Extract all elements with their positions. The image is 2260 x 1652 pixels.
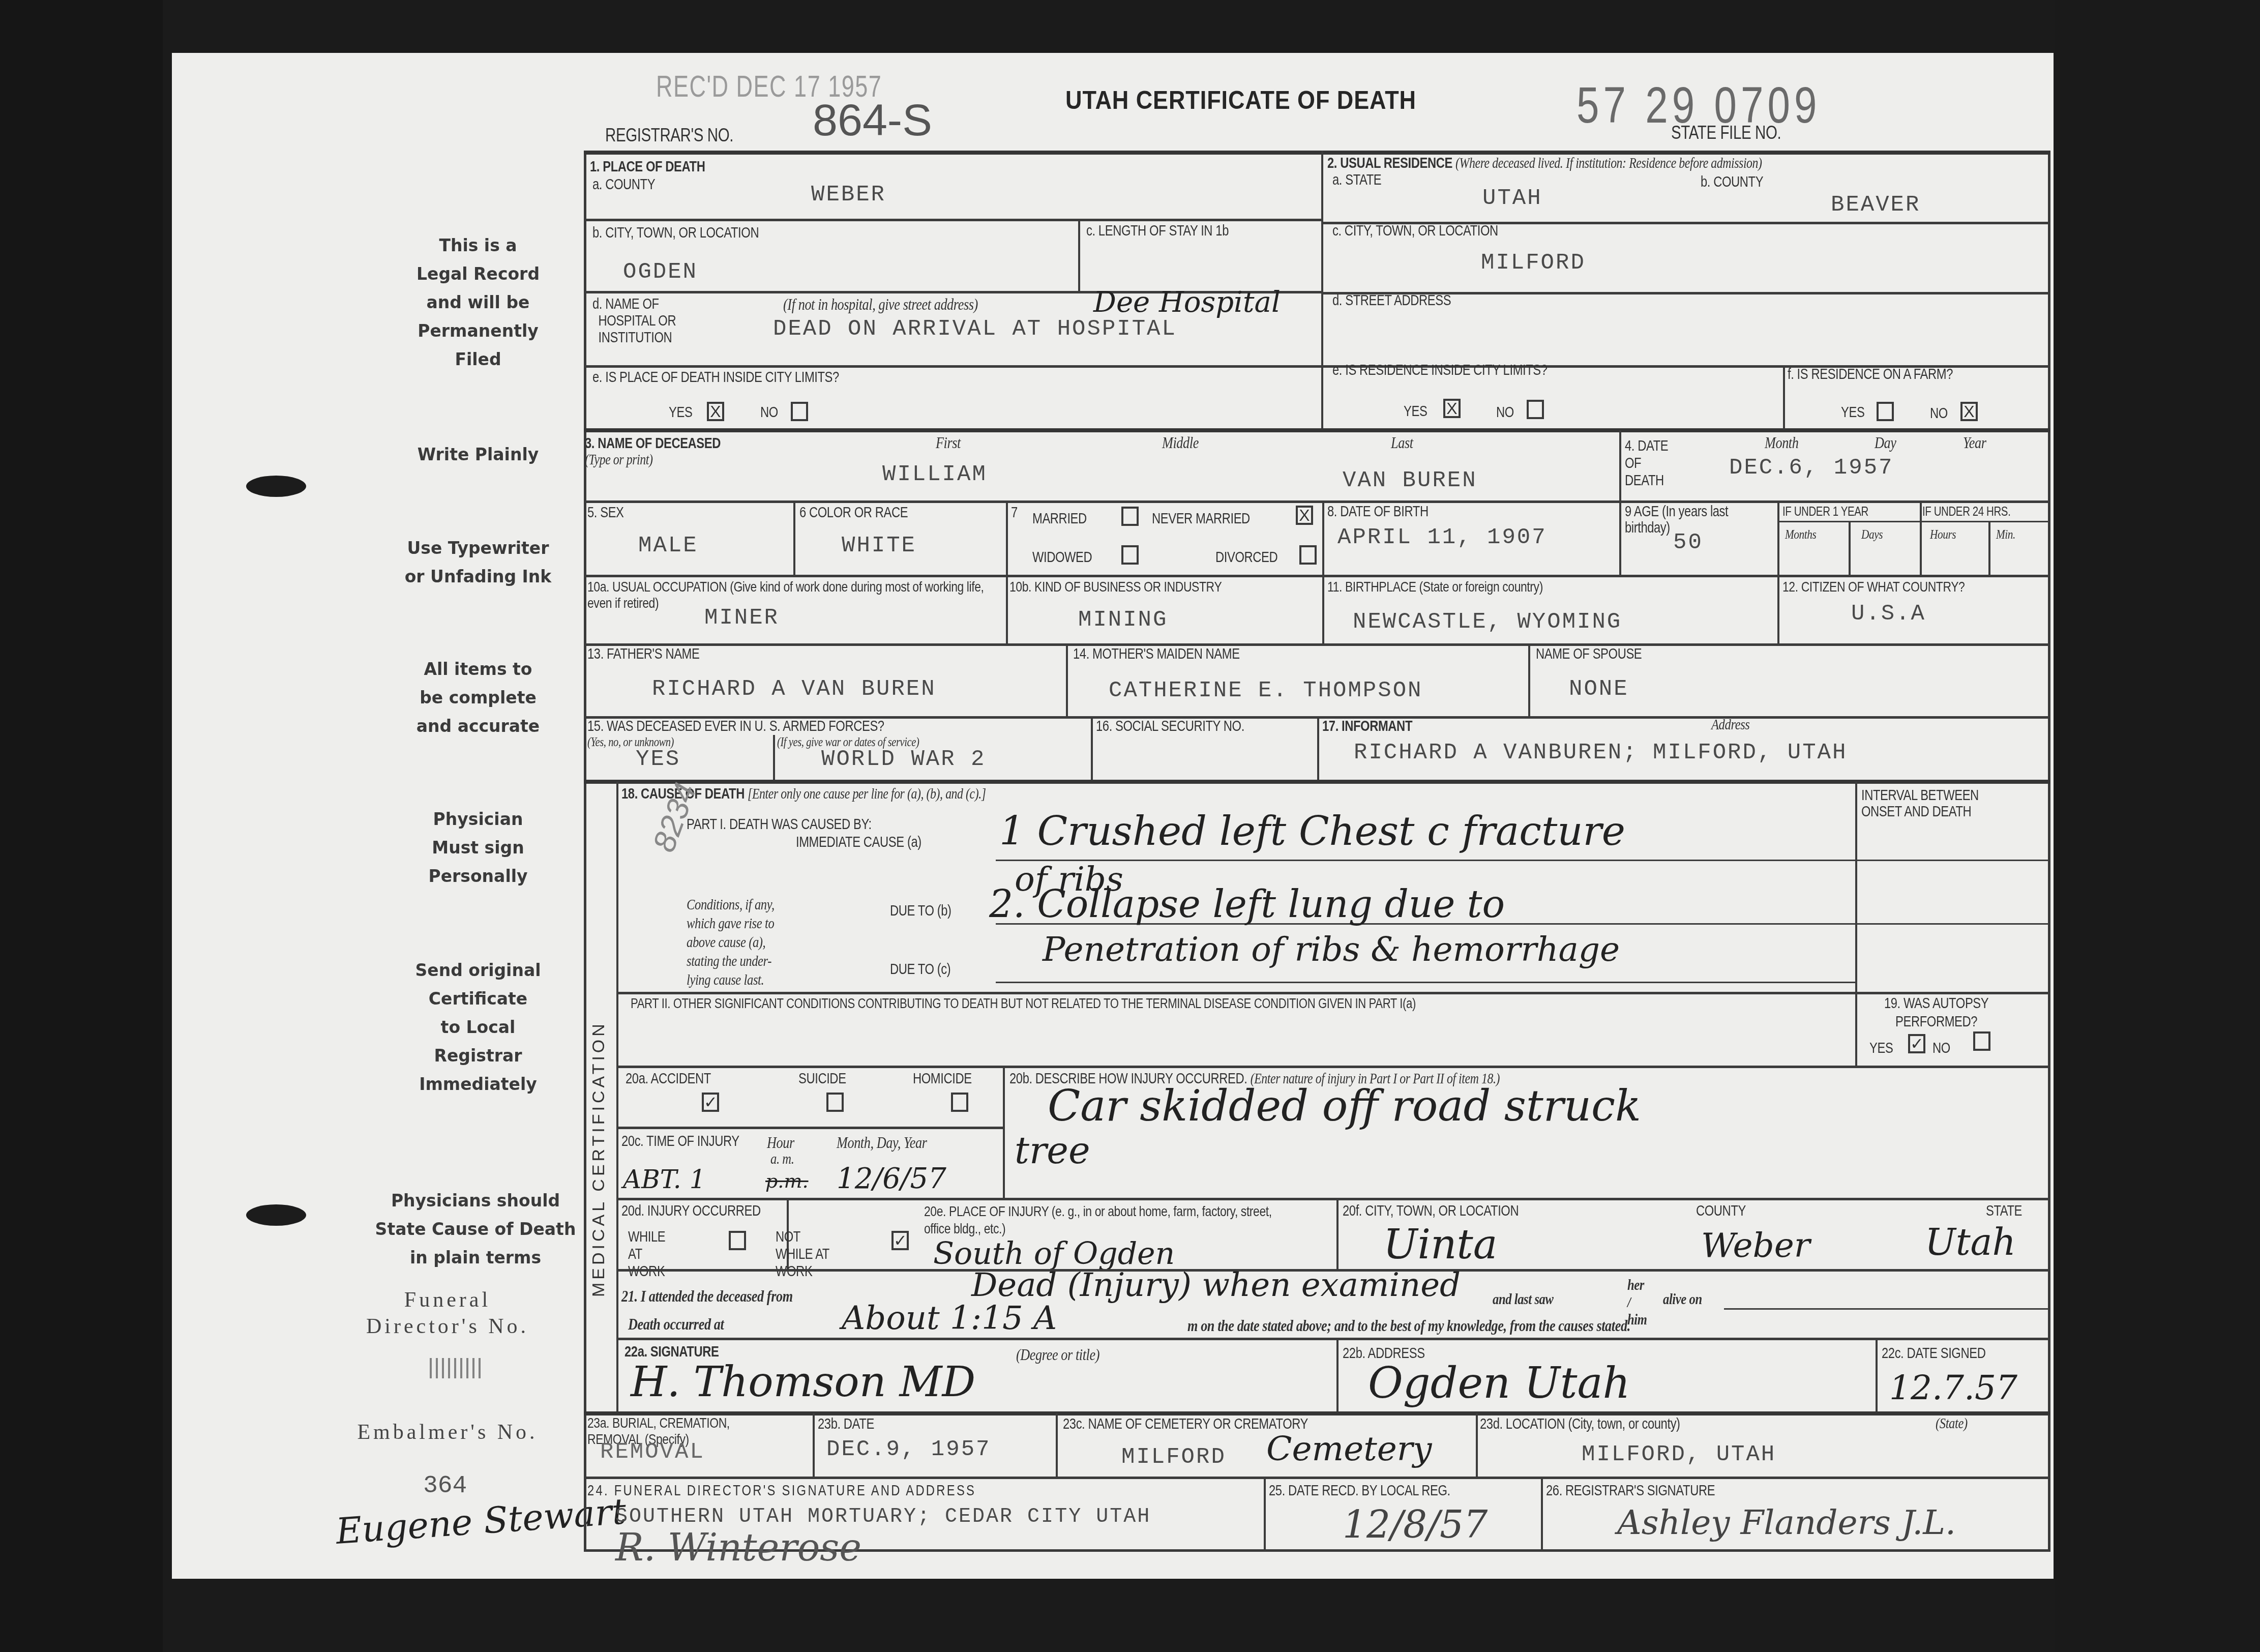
divider xyxy=(1783,365,1785,429)
margin-line: or Unfading Ink xyxy=(376,563,580,591)
first-name-label: First xyxy=(936,433,961,452)
first-name-value: WILLIAM xyxy=(882,462,987,487)
residence-farm-yes-checkbox[interactable] xyxy=(1877,402,1894,421)
divider xyxy=(584,1477,2050,1479)
death-county-value: WEBER xyxy=(811,182,886,208)
informant-label: 17. INFORMANT xyxy=(1322,718,1412,735)
residence-inside-city-label: e. IS RESIDENCE INSIDE CITY LIMITS? xyxy=(1332,362,1548,379)
divider xyxy=(1619,501,1621,575)
residence-inside-city-yes-checkbox[interactable]: X xyxy=(1443,399,1461,418)
divider xyxy=(616,992,2050,994)
part1-label: PART I. DEATH WAS CAUSED BY: xyxy=(687,816,872,833)
divider xyxy=(584,643,2050,646)
disposition-date-value: DEC.9, 1957 xyxy=(826,1437,991,1462)
divider xyxy=(616,1338,2050,1340)
immediate-cause-label: IMMEDIATE CAUSE (a) xyxy=(796,834,921,851)
margin-note-plain-terms: Physicians should State Cause of Death i… xyxy=(356,1187,595,1272)
margin-line: Director's No. xyxy=(315,1313,580,1340)
under-1-year-label: IF UNDER 1 YEAR xyxy=(1782,505,1868,519)
place-of-death-label: 1. PLACE OF DEATH xyxy=(590,159,705,175)
father-name-label: 13. FATHER'S NAME xyxy=(587,646,699,663)
divider xyxy=(616,1127,1004,1129)
no-label: NO xyxy=(1930,405,1948,422)
last-name-value: VAN BUREN xyxy=(1343,468,1477,493)
divider xyxy=(1336,1199,1339,1270)
occupation-value: MINER xyxy=(704,605,779,631)
residence-state-value: UTAH xyxy=(1482,186,1542,211)
divider xyxy=(1541,1478,1543,1550)
registrars-no-label: REGISTRAR'S NO. xyxy=(605,125,733,146)
margin-line: This is a xyxy=(376,231,580,260)
time-of-injury-label: 20c. TIME OF INJURY xyxy=(621,1133,739,1150)
usual-residence-label: 2. USUAL RESIDENCE (Where deceased lived… xyxy=(1327,155,1762,172)
death-city-value: OGDEN xyxy=(623,259,698,285)
alive-on-label: alive on xyxy=(1663,1291,1702,1308)
month-label: Month xyxy=(1765,433,1798,452)
months-label: Months xyxy=(1785,527,1817,542)
section-hint: (Where deceased lived. If institution: R… xyxy=(1455,155,1762,171)
county-label: a. COUNTY xyxy=(592,176,655,193)
label-text: 3. NAME OF DECEASED xyxy=(585,435,721,452)
am-label: a. m. xyxy=(770,1150,794,1168)
label-hint: (Type or print) xyxy=(585,452,652,468)
label-line: INSTITUTION xyxy=(592,330,676,346)
margin-line: Physician xyxy=(376,805,580,834)
divider xyxy=(1619,430,1621,501)
scribbled-number xyxy=(430,1358,481,1378)
mother-name-value: CATHERINE E. THOMPSON xyxy=(1109,678,1423,703)
date-of-injury-value: 12/6/57 xyxy=(837,1162,946,1195)
margin-note-typewriter: Use Typewriter or Unfading Ink xyxy=(376,534,580,591)
street-address-label: d. STREET ADDRESS xyxy=(1332,292,1451,309)
cause-line-a xyxy=(996,860,2050,861)
armed-forces-value: YES xyxy=(636,747,680,772)
war-service-value: WORLD WAR 2 xyxy=(821,747,986,772)
year-label: Year xyxy=(1963,433,1986,452)
margin-line: in plain terms xyxy=(356,1244,595,1272)
ssn-label: 16. SOCIAL SECURITY NO. xyxy=(1096,718,1244,735)
date-of-birth-label: 8. DATE OF BIRTH xyxy=(1327,504,1429,520)
part2-label: PART II. OTHER SIGNIFICANT CONDITIONS CO… xyxy=(631,996,1416,1012)
last-name-label: Last xyxy=(1391,433,1413,452)
divider xyxy=(616,782,618,1412)
attended-label: 21. I attended the deceased from xyxy=(621,1287,793,1306)
disposition-date-label: 23b. DATE xyxy=(818,1416,874,1433)
how-injury-line2: tree xyxy=(1015,1129,1090,1172)
no-label: NO xyxy=(1496,404,1514,421)
month-day-year-label: Month, Day, Year xyxy=(837,1133,927,1152)
divider xyxy=(584,428,2050,432)
embalmers-no-label: Embalmer's No. xyxy=(315,1419,580,1445)
min-label: Min. xyxy=(1996,527,2015,542)
death-inside-city-label: e. IS PLACE OF DEATH INSIDE CITY LIMITS? xyxy=(592,369,839,386)
date-signed-label: 22c. DATE SIGNED xyxy=(1882,1345,1985,1362)
margin-line: State Cause of Death xyxy=(356,1215,595,1244)
due-to-b-value: 2. Collapse left lung due to xyxy=(989,882,1505,926)
hint-line: Conditions, if any, xyxy=(687,895,775,914)
residence-farm-no-checkbox[interactable]: X xyxy=(1960,402,1978,421)
hint-line: lying cause last. xyxy=(687,970,775,989)
divider xyxy=(1317,717,1319,781)
physician-signature: H. Thomson MD xyxy=(631,1358,975,1406)
margin-note-complete: All items to be complete and accurate xyxy=(376,655,580,741)
autopsy-yes-checkbox[interactable]: ✓ xyxy=(1908,1034,1925,1053)
cemetery-typed-value: MILFORD xyxy=(1121,1444,1226,1470)
divider xyxy=(1006,501,1008,575)
attended-value: Dead (Injury) when examined xyxy=(971,1266,1461,1304)
day-label: Day xyxy=(1875,433,1896,452)
autopsy-label: 19. WAS AUTOPSY PERFORMED? xyxy=(1861,994,2011,1031)
registrar-signature-label: 26. REGISTRAR'S SIGNATURE xyxy=(1546,1483,1715,1499)
margin-line: and will be xyxy=(376,288,580,317)
hint-line: which gave rise to xyxy=(687,914,775,933)
not-while-at-work-label: NOT WHILE AT WORK xyxy=(776,1228,830,1280)
death-occurred-label: Death occurred at xyxy=(628,1315,724,1334)
death-inside-city-yes-checkbox[interactable]: X xyxy=(707,402,724,421)
death-city-label: b. CITY, TOWN, OR LOCATION xyxy=(592,225,759,242)
death-inside-city-no-checkbox[interactable] xyxy=(791,402,808,421)
margin-line: Funeral xyxy=(315,1287,580,1313)
hospital-label: d. NAME OF HOSPITAL OR INSTITUTION xyxy=(592,296,676,346)
divider xyxy=(773,735,775,781)
hospital-hint: (If not in hospital, give street address… xyxy=(783,295,978,314)
last-saw-label: and last saw xyxy=(1493,1291,1553,1308)
interval-label: INTERVAL BETWEEN ONSET AND DEATH xyxy=(1861,787,2003,820)
never-married-label: NEVER MARRIED xyxy=(1152,511,1250,527)
state-file-no-label: STATE FILE NO. xyxy=(1671,122,1781,143)
registrar-signature: Ashley Flanders J.L. xyxy=(1617,1503,1956,1542)
punch-hole xyxy=(246,476,306,497)
divider xyxy=(1849,521,1851,575)
sex-value: MALE xyxy=(638,533,698,558)
divider xyxy=(1777,501,1779,575)
yes-label: YES xyxy=(1869,1040,1893,1057)
suicide-label: SUICIDE xyxy=(798,1071,846,1087)
embalmers-no: 364 xyxy=(423,1472,467,1500)
divider xyxy=(1321,151,1323,430)
label-line: d. NAME OF xyxy=(592,296,676,313)
margin-line: Permanently xyxy=(376,317,580,345)
citizen-label: 12. CITIZEN OF WHAT COUNTRY? xyxy=(1782,579,1965,595)
due-to-b-label: DUE TO (b) xyxy=(890,903,951,920)
marital-status-number: 7 xyxy=(1011,505,1018,521)
hint-line: stating the under- xyxy=(687,952,775,970)
divider xyxy=(584,219,1322,221)
registrars-no: 864-S xyxy=(813,94,932,146)
autopsy-no-checkbox[interactable] xyxy=(1973,1031,1990,1051)
margin-line: Filed xyxy=(376,345,580,374)
margin-line: be complete xyxy=(376,684,580,712)
scan-background-right xyxy=(2055,0,2260,1652)
divider xyxy=(1078,219,1080,291)
margin-line: and accurate xyxy=(376,712,580,741)
informant-value: RICHARD A VANBUREN; MILFORD, UTAH xyxy=(1354,740,1847,765)
alive-on-line xyxy=(1724,1308,2049,1310)
burial-state-label: (State) xyxy=(1936,1415,1968,1432)
suicide-checkbox[interactable] xyxy=(826,1093,844,1112)
margin-note-physician-sign: Physician Must sign Personally xyxy=(376,805,580,891)
section-label: 1. PLACE OF DEATH xyxy=(590,159,705,175)
days-label: Days xyxy=(1861,527,1883,542)
label-line: HOSPITAL OR xyxy=(592,313,676,330)
signer-address-value: Ogden Utah xyxy=(1368,1358,1630,1408)
divider xyxy=(1988,521,1990,575)
residence-state-label: a. STATE xyxy=(1332,172,1381,189)
age-value: 50 xyxy=(1673,530,1703,555)
widowed-label: WIDOWED xyxy=(1032,549,1092,566)
death-statement: m on the date stated above; and to the b… xyxy=(1187,1316,1630,1335)
divider xyxy=(1066,644,1068,717)
yes-label: YES xyxy=(1404,403,1427,420)
citizen-value: U.S.A xyxy=(1851,601,1926,627)
margin-line: Send original xyxy=(376,956,580,985)
mother-name-label: 14. MOTHER'S MAIDEN NAME xyxy=(1073,646,1240,663)
accident-label: 20a. ACCIDENT xyxy=(626,1071,711,1087)
date-signed-value: 12.7.57 xyxy=(1889,1368,2017,1407)
homicide-checkbox[interactable] xyxy=(951,1093,968,1112)
title-main: CERTIFICATE OF DEATH xyxy=(1136,86,1416,114)
margin-line: Must sign xyxy=(376,834,580,862)
residence-inside-city-no-checkbox[interactable] xyxy=(1527,400,1544,419)
title-prefix: UTAH xyxy=(1065,86,1129,114)
funeral-director-label: 24. FUNERAL DIRECTOR'S SIGNATURE AND ADD… xyxy=(587,1483,976,1499)
industry-label: 10b. KIND OF BUSINESS OR INDUSTRY xyxy=(1009,579,1222,595)
divider xyxy=(584,1411,2050,1415)
residence-city-value: MILFORD xyxy=(1481,250,1586,276)
divider xyxy=(1476,1413,1478,1478)
punch-hole xyxy=(246,1204,306,1226)
how-injury-line1: Car skidded off road struck xyxy=(1048,1081,1641,1131)
armed-forces-label: 15. WAS DECEASED EVER IN U. S. ARMED FOR… xyxy=(587,718,884,735)
scan-background-left xyxy=(0,0,163,1652)
never-married-checkbox[interactable]: X xyxy=(1296,506,1313,525)
industry-value: MINING xyxy=(1078,607,1168,633)
while-at-work-label: WHILE AT WORK xyxy=(628,1228,674,1280)
divider xyxy=(1322,576,1324,644)
margin-note-legal-record: This is a Legal Record and will be Perma… xyxy=(376,231,580,374)
divider xyxy=(1336,1339,1339,1412)
yes-label: YES xyxy=(1841,404,1864,421)
informant-address-label: Address xyxy=(1711,716,1749,733)
accident-checkbox[interactable]: ✓ xyxy=(702,1093,719,1112)
margin-line: Certificate xyxy=(376,985,580,1013)
divider xyxy=(1528,644,1530,717)
divider xyxy=(616,1198,2050,1200)
hours-label: Hours xyxy=(1930,527,1956,542)
injury-city-label: 20f. CITY, TOWN, OR LOCATION xyxy=(1343,1203,1519,1220)
funeral-director-signature: R. Winterose xyxy=(615,1526,861,1570)
homicide-label: HOMICIDE xyxy=(913,1071,972,1087)
hint-line: above cause (a), xyxy=(687,933,775,952)
due-to-c-label: DUE TO (c) xyxy=(890,961,950,978)
divider xyxy=(616,1066,2050,1068)
residence-farm-label: f. IS RESIDENCE ON A FARM? xyxy=(1788,366,1953,383)
funeral-director-value: SOUTHERN UTAH MORTUARY; CEDAR CITY UTAH xyxy=(615,1506,1151,1528)
immediate-cause-line1: 1 Crushed left Chest c fracture xyxy=(999,809,1625,854)
hospital-handwritten: Dee Hospital xyxy=(1093,286,1281,319)
yes-label: YES xyxy=(669,404,692,421)
divider xyxy=(1006,576,1008,644)
conditions-hint: Conditions, if any, which gave rise to a… xyxy=(687,895,775,989)
margin-line: All items to xyxy=(376,655,580,684)
burial-location-value: MILFORD, UTAH xyxy=(1582,1442,1776,1467)
margin-line: Personally xyxy=(376,862,580,891)
race-value: WHITE xyxy=(842,533,916,558)
divider xyxy=(1876,1339,1878,1412)
divorced-label: DIVORCED xyxy=(1215,549,1277,566)
death-time-value: About 1:15 A xyxy=(842,1300,1057,1337)
middle-name-label: Middle xyxy=(1162,433,1199,452)
residence-county-value: BEAVER xyxy=(1831,192,1920,218)
label-text: 17. INFORMANT xyxy=(1322,718,1412,734)
injury-county-label: COUNTY xyxy=(1696,1203,1746,1220)
divider xyxy=(1091,717,1093,781)
birthplace-label: 11. BIRTHPLACE (State or foreign country… xyxy=(1327,579,1543,595)
residence-county-label: b. COUNTY xyxy=(1701,174,1763,191)
time-of-injury-value: ABT. 1 xyxy=(623,1165,705,1194)
sex-label: 5. SEX xyxy=(587,505,624,521)
divider xyxy=(1264,1478,1266,1550)
spouse-name-value: NONE xyxy=(1569,676,1629,702)
injury-county-value: Weber xyxy=(1701,1226,1810,1265)
birthplace-value: NEWCASTLE, WYOMING xyxy=(1353,609,1622,635)
date-of-birth-value: APRIL 11, 1907 xyxy=(1337,525,1547,550)
margin-note-send-original: Send original Certificate to Local Regis… xyxy=(376,956,580,1099)
margin-line: Registrar xyxy=(376,1042,580,1070)
date-received-label: 25. DATE RECD. BY LOCAL REG. xyxy=(1269,1483,1450,1499)
occupation-label: 10a. USUAL OCCUPATION (Give kind of work… xyxy=(587,579,996,611)
married-label: MARRIED xyxy=(1032,511,1087,527)
divider xyxy=(1777,576,1779,644)
widowed-checkbox[interactable] xyxy=(1121,545,1139,565)
margin-line: Physicians should xyxy=(356,1187,595,1215)
no-label: NO xyxy=(1932,1040,1950,1057)
divider xyxy=(584,500,2050,503)
date-received-value: 12/8/57 xyxy=(1343,1503,1488,1547)
cause-line-c xyxy=(996,982,1855,983)
divider xyxy=(584,780,2050,784)
degree-label: (Degree or title) xyxy=(1016,1345,1099,1364)
not-while-at-work-checkbox[interactable]: ✓ xyxy=(891,1231,909,1250)
pm-crossed-out: p.m. xyxy=(765,1170,809,1192)
funeral-director-no-label: Funeral Director's No. xyxy=(315,1287,580,1340)
no-label: NO xyxy=(760,404,778,421)
divider xyxy=(1003,1067,1005,1198)
name-of-deceased-label: 3. NAME OF DECEASED(Type or print) xyxy=(585,435,721,468)
hour-label: Hour xyxy=(767,1133,794,1152)
hospital-value: DEAD ON ARRIVAL AT HOSPITAL xyxy=(773,316,1177,342)
due-to-c-handwritten: Penetration of ribs & hemorrhage xyxy=(1043,930,1620,969)
injury-occurred-label: 20d. INJURY OCCURRED xyxy=(621,1203,761,1220)
burial-value: REMOVAL xyxy=(600,1439,705,1465)
date-of-death-label: 4. DATE OF DEATH xyxy=(1625,437,1683,489)
divider xyxy=(1322,501,1324,575)
divider xyxy=(1777,521,2050,522)
her-him-label: her / him xyxy=(1627,1277,1648,1329)
injury-city-value: Uinta xyxy=(1383,1221,1497,1268)
married-checkbox[interactable] xyxy=(1121,507,1139,526)
margin-line: Legal Record xyxy=(376,260,580,288)
divider xyxy=(813,1413,815,1478)
injury-state-value: Utah xyxy=(1925,1221,2016,1263)
residence-city-label: c. CITY, TOWN, OR LOCATION xyxy=(1332,223,1498,240)
margin-line: to Local xyxy=(376,1013,580,1042)
place-of-injury-label: 20e. PLACE OF INJURY (e. g., in or about… xyxy=(924,1203,1295,1237)
label-hint: [Enter only one cause per line for (a), … xyxy=(748,786,986,802)
divorced-checkbox[interactable] xyxy=(1299,545,1317,565)
spouse-name-label: NAME OF SPOUSE xyxy=(1536,646,1642,663)
section-label: 2. USUAL RESIDENCE xyxy=(1327,155,1452,171)
father-name-value: RICHARD A VAN BUREN xyxy=(652,676,936,702)
cemetery-handwritten-value: Cemetery xyxy=(1266,1429,1432,1468)
burial-location-label: 23d. LOCATION (City, town, or county) xyxy=(1480,1416,1680,1433)
medical-certification-label: MEDICAL CERTIFICATION xyxy=(589,1021,609,1297)
margin-note-write-plainly: Write Plainly xyxy=(376,440,580,469)
while-at-work-checkbox[interactable] xyxy=(729,1231,746,1250)
page-title: UTAH CERTIFICATE OF DEATH xyxy=(1065,85,1416,115)
margin-line: Immediately xyxy=(376,1070,580,1099)
under-24-hrs-label: IF UNDER 24 HRS. xyxy=(1922,505,2010,519)
race-label: 6 COLOR OR RACE xyxy=(799,505,908,521)
length-of-stay-label: c. LENGTH OF STAY IN 1b xyxy=(1086,223,1229,240)
injury-state-label: STATE xyxy=(1986,1203,2022,1220)
divider xyxy=(1920,501,1922,575)
divider xyxy=(793,501,795,575)
date-of-death-value: DEC.6, 1957 xyxy=(1729,455,1893,481)
margin-line: Use Typewriter xyxy=(376,534,580,563)
divider xyxy=(584,575,2050,577)
divider xyxy=(584,151,2050,155)
divider xyxy=(1056,1413,1058,1478)
